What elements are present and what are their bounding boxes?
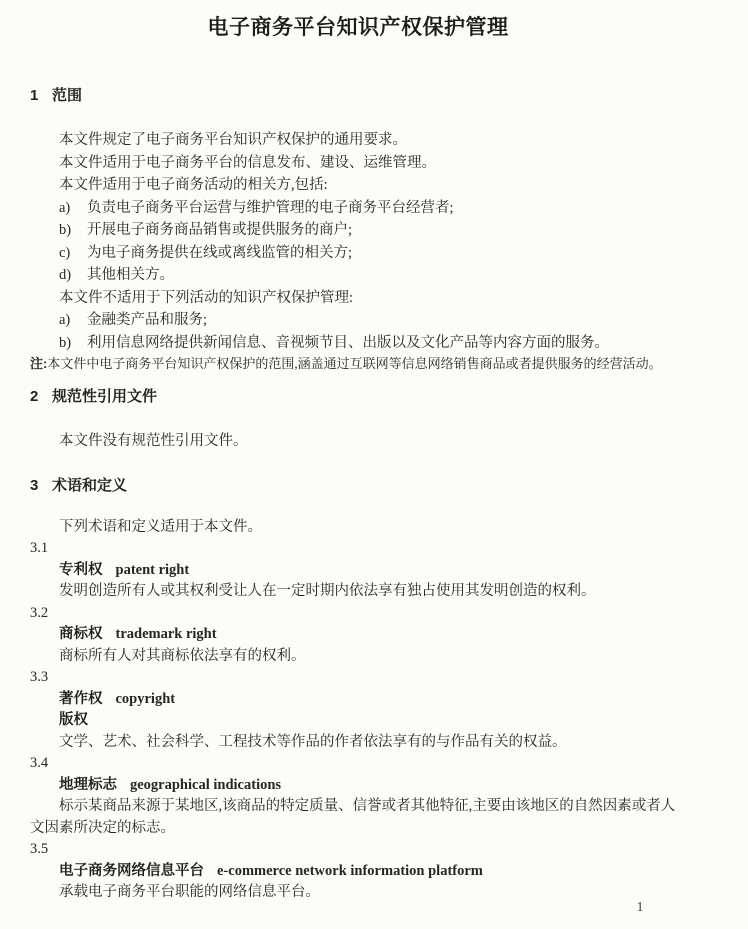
list-item-text: 负责电子商务平台运营与维护管理的电子商务平台经营者; bbox=[87, 200, 454, 216]
term-alt-title: 版权 bbox=[30, 710, 686, 732]
list-item-marker: d) bbox=[59, 264, 87, 287]
term-en: e-commerce network information platform bbox=[217, 863, 483, 879]
list-item: c)为电子商务提供在线或离线监管的相关方; bbox=[30, 242, 686, 265]
section-normative-references: 2规范性引用文件 本文件没有规范性引用文件。 bbox=[30, 388, 686, 453]
scope-body: 本文件规定了电子商务平台知识产权保护的通用要求。 本文件适用于电子商务平台的信息… bbox=[30, 129, 686, 374]
term-en: copyright bbox=[116, 691, 176, 707]
list-item: a)金融类产品和服务; bbox=[30, 309, 686, 332]
document-title: 电子商务平台知识产权保护管理 bbox=[30, 0, 686, 42]
section-heading-terms: 3术语和定义 bbox=[30, 477, 686, 495]
term-zh: 地理标志 bbox=[59, 777, 117, 793]
term-zh: 专利权 bbox=[59, 562, 103, 578]
term-definition: 标示某商品来源于某地区,该商品的特定质量、信誉或者其他特征,主要由该地区的自然因… bbox=[30, 796, 686, 839]
term-number: 3.2 bbox=[30, 603, 686, 625]
list-item-marker: a) bbox=[59, 197, 87, 220]
term-title: 电子商务网络信息平台e-commerce network information… bbox=[30, 861, 686, 883]
page-number: 1 bbox=[630, 899, 650, 915]
scope-note: 注:本文件中电子商务平台知识产权保护的范围,涵盖通过互联网等信息网络销售商品或者… bbox=[30, 354, 686, 374]
terms-body: 下列术语和定义适用于本文件。 3.1 专利权patent right 发明创造所… bbox=[30, 516, 686, 904]
list-item: b)利用信息网络提供新闻信息、音视频节目、出版以及文化产品等内容方面的服务。 bbox=[30, 332, 686, 355]
document-page: 电子商务平台知识产权保护管理 1范围 本文件规定了电子商务平台知识产权保护的通用… bbox=[0, 0, 748, 929]
list-item-marker: a) bbox=[59, 309, 87, 332]
term-number: 3.5 bbox=[30, 839, 686, 861]
section-number: 3 bbox=[30, 477, 52, 495]
section-terms-definitions: 3术语和定义 下列术语和定义适用于本文件。 3.1 专利权patent righ… bbox=[30, 477, 686, 904]
list-item-marker: b) bbox=[59, 219, 87, 242]
section-scope: 1范围 本文件规定了电子商务平台知识产权保护的通用要求。 本文件适用于电子商务平… bbox=[30, 87, 686, 374]
note-label: 注: bbox=[30, 356, 47, 371]
term-zh: 电子商务网络信息平台 bbox=[59, 863, 204, 879]
normative-references-body: 本文件没有规范性引用文件。 bbox=[30, 430, 686, 453]
section-heading-text: 术语和定义 bbox=[52, 477, 127, 494]
section-number: 2 bbox=[30, 388, 52, 406]
scope-paragraph-3: 本文件适用于电子商务活动的相关方,包括: bbox=[30, 174, 686, 197]
term-title: 商标权trademark right bbox=[30, 624, 686, 646]
section-heading-text: 范围 bbox=[52, 87, 82, 104]
scope-paragraph-1: 本文件规定了电子商务平台知识产权保护的通用要求。 bbox=[30, 129, 686, 152]
term-title: 地理标志geographical indications bbox=[30, 775, 686, 797]
term-definition: 商标所有人对其商标依法享有的权利。 bbox=[30, 646, 686, 668]
term-entry: 3.4 地理标志geographical indications 标示某商品来源… bbox=[30, 753, 686, 839]
scope-paragraph-2: 本文件适用于电子商务平台的信息发布、建设、运维管理。 bbox=[30, 152, 686, 175]
term-definition: 文学、艺术、社会科学、工程技术等作品的作者依法享有的与作品有关的权益。 bbox=[30, 732, 686, 754]
term-en: patent right bbox=[116, 562, 190, 578]
term-title: 专利权patent right bbox=[30, 560, 686, 582]
term-alt-zh: 版权 bbox=[59, 712, 88, 728]
list-item-marker: c) bbox=[59, 242, 87, 265]
list-item: a)负责电子商务平台运营与维护管理的电子商务平台经营者; bbox=[30, 197, 686, 220]
term-entry: 3.2 商标权trademark right 商标所有人对其商标依法享有的权利。 bbox=[30, 603, 686, 668]
term-number: 3.3 bbox=[30, 667, 686, 689]
list-item-text: 开展电子商务商品销售或提供服务的商户; bbox=[87, 222, 352, 238]
list-item-text: 利用信息网络提供新闻信息、音视频节目、出版以及文化产品等内容方面的服务。 bbox=[87, 335, 609, 351]
term-en: trademark right bbox=[116, 626, 217, 642]
terms-intro: 下列术语和定义适用于本文件。 bbox=[30, 516, 686, 539]
term-zh: 商标权 bbox=[59, 626, 103, 642]
section-heading-text: 规范性引用文件 bbox=[52, 388, 157, 405]
term-title: 著作权copyright bbox=[30, 689, 686, 711]
list-item-text: 其他相关方。 bbox=[87, 267, 174, 283]
list-item-marker: b) bbox=[59, 332, 87, 355]
note-text: 本文件中电子商务平台知识产权保护的范围,涵盖通过互联网等信息网络销售商品或者提供… bbox=[47, 356, 661, 371]
list-item-text: 为电子商务提供在线或离线监管的相关方; bbox=[87, 245, 352, 261]
term-definition: 发明创造所有人或其权利受让人在一定时期内依法享有独占使用其发明创造的权利。 bbox=[30, 581, 686, 603]
term-entry: 3.5 电子商务网络信息平台e-commerce network informa… bbox=[30, 839, 686, 904]
list-item: b)开展电子商务商品销售或提供服务的商户; bbox=[30, 219, 686, 242]
term-definition: 承载电子商务平台职能的网络信息平台。 bbox=[30, 882, 686, 904]
term-entry: 3.3 著作权copyright 版权 文学、艺术、社会科学、工程技术等作品的作… bbox=[30, 667, 686, 753]
term-number: 3.1 bbox=[30, 538, 686, 560]
term-entry: 3.1 专利权patent right 发明创造所有人或其权利受让人在一定时期内… bbox=[30, 538, 686, 603]
scope-paragraph-4: 本文件不适用于下列活动的知识产权保护管理: bbox=[30, 287, 686, 310]
normative-references-paragraph: 本文件没有规范性引用文件。 bbox=[30, 430, 686, 453]
term-zh: 著作权 bbox=[59, 691, 103, 707]
list-item-text: 金融类产品和服务; bbox=[87, 312, 207, 328]
list-item: d)其他相关方。 bbox=[30, 264, 686, 287]
section-heading-normative-references: 2规范性引用文件 bbox=[30, 388, 686, 406]
term-number: 3.4 bbox=[30, 753, 686, 775]
section-heading-scope: 1范围 bbox=[30, 87, 686, 105]
section-number: 1 bbox=[30, 87, 52, 105]
term-en: geographical indications bbox=[130, 777, 281, 793]
